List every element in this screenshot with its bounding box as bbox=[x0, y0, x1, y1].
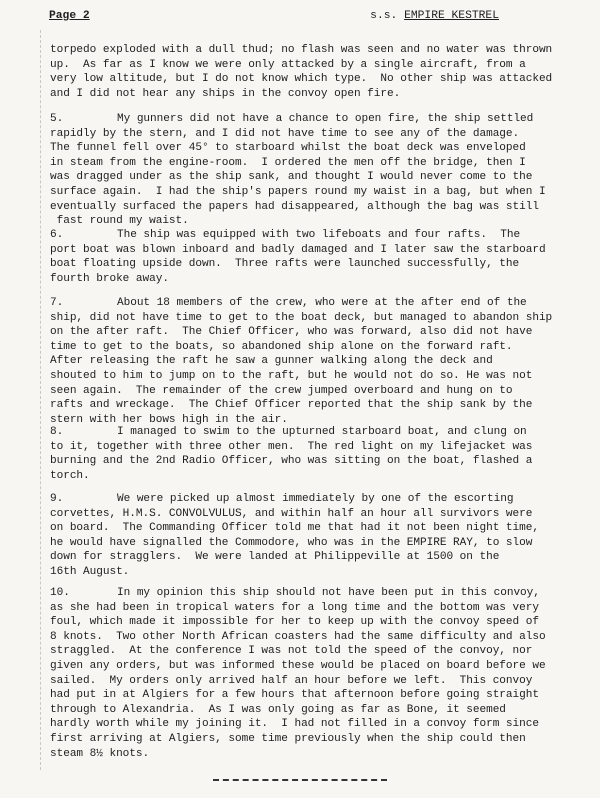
line-text: About 18 members of the crew, who were a… bbox=[117, 297, 527, 309]
text-line: 8 knots. Two other North African coaster… bbox=[50, 630, 560, 645]
line-text: The funnel fell over 45° to starboard wh… bbox=[50, 142, 526, 154]
text-line: had put in at Algiers for a few hours th… bbox=[50, 688, 560, 703]
page-header: Page 2 s.s. EMPIRE KESTREL bbox=[49, 10, 499, 26]
text-line: in steam from the engine-room. I ordered… bbox=[50, 156, 560, 171]
line-text: very low altitude, but I do not know whi… bbox=[50, 73, 552, 85]
line-text: torpedo exploded with a dull thud; no fl… bbox=[50, 44, 552, 56]
text-line: on board. The Commanding Officer told me… bbox=[50, 521, 560, 536]
paragraph-7: 7.About 18 members of the crew, who were… bbox=[50, 296, 560, 427]
line-text: seen again. The remainder of the crew ju… bbox=[50, 385, 513, 397]
text-line: up. As far as I know we were only attack… bbox=[50, 58, 560, 73]
text-line: ship, did not have time to get to the bo… bbox=[50, 311, 560, 326]
text-line: rapidly by the stern, and I did not have… bbox=[50, 127, 560, 142]
line-text: hardly worth while my joining it. I had … bbox=[50, 718, 539, 730]
text-line: burning and the 2nd Radio Officer, who w… bbox=[50, 454, 560, 469]
text-line: surface again. I had the ship's papers r… bbox=[50, 185, 560, 200]
text-line: 7.About 18 members of the crew, who were… bbox=[50, 296, 560, 311]
text-line: to it, together with three other men. Th… bbox=[50, 440, 560, 455]
text-line: 5.My gunners did not have a chance to op… bbox=[50, 112, 560, 127]
ship-title: s.s. EMPIRE KESTREL bbox=[370, 10, 499, 22]
paragraph-8: 8.I managed to swim to the upturned star… bbox=[50, 425, 560, 483]
line-text: straggled. At the conference I was not t… bbox=[50, 645, 532, 657]
line-text: to it, together with three other men. Th… bbox=[50, 441, 532, 453]
line-text: 16th August. bbox=[50, 566, 129, 578]
line-text: surface again. I had the ship's papers r… bbox=[50, 186, 546, 198]
text-line: down for stragglers. We were landed at P… bbox=[50, 550, 560, 565]
text-line: hardly worth while my joining it. I had … bbox=[50, 717, 560, 732]
line-text: corvettes, H.M.S. CONVOLVULUS, and withi… bbox=[50, 508, 532, 520]
line-text: as she had been in tropical waters for a… bbox=[50, 602, 539, 614]
line-text: time to get to the boats, so abandoned s… bbox=[50, 341, 513, 353]
line-text: sailed. My orders only arrived half an h… bbox=[50, 675, 532, 687]
line-text: port boat was blown inboard and badly da… bbox=[50, 244, 546, 256]
line-text: fast round my waist. bbox=[50, 215, 189, 227]
line-text: on the after raft. The Chief Officer, wh… bbox=[50, 326, 532, 338]
text-line: was dragged under as the ship sank, and … bbox=[50, 170, 560, 185]
text-line: first arriving at Algiers, some time pre… bbox=[50, 732, 560, 747]
text-line: and I did not hear any ships in the conv… bbox=[50, 87, 560, 102]
paragraph-number: 10. bbox=[50, 586, 117, 601]
ship-name: EMPIRE KESTREL bbox=[404, 10, 499, 22]
paragraph-number: 5. bbox=[50, 112, 117, 127]
line-text: After releasing the raft he saw a gunner… bbox=[50, 355, 493, 367]
text-line: After releasing the raft he saw a gunner… bbox=[50, 354, 560, 369]
text-line: straggled. At the conference I was not t… bbox=[50, 644, 560, 659]
text-line: fourth broke away. bbox=[50, 272, 560, 287]
margin-line bbox=[40, 30, 41, 770]
line-text: was dragged under as the ship sank, and … bbox=[50, 171, 532, 183]
paragraph-6: 6.The ship was equipped with two lifeboa… bbox=[50, 228, 560, 286]
line-text: through to Alexandria. As I was only goi… bbox=[50, 704, 506, 716]
text-line: foul, which made it impossible for her t… bbox=[50, 615, 560, 630]
document-page: Page 2 s.s. EMPIRE KESTREL torpedo explo… bbox=[0, 0, 600, 798]
text-line: boat floating upside down. Three rafts w… bbox=[50, 257, 560, 272]
text-line: 6.The ship was equipped with two lifeboa… bbox=[50, 228, 560, 243]
text-line: corvettes, H.M.S. CONVOLVULUS, and withi… bbox=[50, 507, 560, 522]
line-text: torch. bbox=[50, 470, 90, 482]
line-text: 8 knots. Two other North African coaster… bbox=[50, 631, 546, 643]
page-number: Page 2 bbox=[49, 10, 90, 22]
text-line: on the after raft. The Chief Officer, wh… bbox=[50, 325, 560, 340]
text-line: The funnel fell over 45° to starboard wh… bbox=[50, 141, 560, 156]
text-line: he would have signalled the Commodore, w… bbox=[50, 536, 560, 551]
line-text: he would have signalled the Commodore, w… bbox=[50, 537, 532, 549]
line-text: eventually surfaced the papers had disap… bbox=[50, 201, 539, 213]
line-text: In my opinion this ship should not have … bbox=[117, 587, 540, 599]
line-text: rafts and wreckage. The Chief Officer re… bbox=[50, 399, 532, 411]
paragraph-9: 9.We were picked up almost immediately b… bbox=[50, 492, 560, 580]
line-text: We were picked up almost immediately by … bbox=[117, 493, 513, 505]
text-line: sailed. My orders only arrived half an h… bbox=[50, 674, 560, 689]
line-text: foul, which made it impossible for her t… bbox=[50, 616, 539, 628]
paragraph-number: 6. bbox=[50, 228, 117, 243]
text-line: as she had been in tropical waters for a… bbox=[50, 601, 560, 616]
text-line: very low altitude, but I do not know whi… bbox=[50, 72, 560, 87]
text-line: given any orders, but was informed these… bbox=[50, 659, 560, 674]
line-text: burning and the 2nd Radio Officer, who w… bbox=[50, 455, 532, 467]
line-text: ship, did not have time to get to the bo… bbox=[50, 312, 552, 324]
line-text: fourth broke away. bbox=[50, 273, 169, 285]
paragraph-number: 9. bbox=[50, 492, 117, 507]
text-line: torpedo exploded with a dull thud; no fl… bbox=[50, 43, 560, 58]
line-text: My gunners did not have a chance to open… bbox=[117, 113, 533, 125]
text-line: 9.We were picked up almost immediately b… bbox=[50, 492, 560, 507]
line-text: and I did not hear any ships in the conv… bbox=[50, 88, 400, 100]
paragraph-10: 10.In my opinion this ship should not ha… bbox=[50, 586, 560, 761]
line-text: given any orders, but was informed these… bbox=[50, 660, 546, 672]
text-line: eventually surfaced the papers had disap… bbox=[50, 200, 560, 215]
paragraph-number: 7. bbox=[50, 296, 117, 311]
text-line: steam 8½ knots. bbox=[50, 747, 560, 762]
line-text: in steam from the engine-room. I ordered… bbox=[50, 157, 526, 169]
line-text: steam 8½ knots. bbox=[50, 748, 149, 760]
ship-prefix: s.s. bbox=[370, 10, 404, 22]
line-text: The ship was equipped with two lifeboats… bbox=[117, 229, 520, 241]
text-line: port boat was blown inboard and badly da… bbox=[50, 243, 560, 258]
text-line: fast round my waist. bbox=[50, 214, 560, 229]
line-text: boat floating upside down. Three rafts w… bbox=[50, 258, 519, 270]
text-line: 8.I managed to swim to the upturned star… bbox=[50, 425, 560, 440]
line-text: down for stragglers. We were landed at P… bbox=[50, 551, 499, 563]
text-line: 10.In my opinion this ship should not ha… bbox=[50, 586, 560, 601]
line-text: rapidly by the stern, and I did not have… bbox=[50, 128, 519, 140]
line-text: stern with her bows high in the air. bbox=[50, 414, 288, 426]
text-line: rafts and wreckage. The Chief Officer re… bbox=[50, 398, 560, 413]
paragraph-number: 8. bbox=[50, 425, 117, 440]
text-line: time to get to the boats, so abandoned s… bbox=[50, 340, 560, 355]
text-line: shouted to him to jump on to the raft, b… bbox=[50, 369, 560, 384]
line-text: up. As far as I know we were only attack… bbox=[50, 59, 526, 71]
paragraph-5: 5.My gunners did not have a chance to op… bbox=[50, 112, 560, 229]
line-text: I managed to swim to the upturned starbo… bbox=[117, 426, 527, 438]
line-text: first arriving at Algiers, some time pre… bbox=[50, 733, 526, 745]
line-text: had put in at Algiers for a few hours th… bbox=[50, 689, 539, 701]
paragraph-continuation: torpedo exploded with a dull thud; no fl… bbox=[50, 43, 560, 101]
text-line: torch. bbox=[50, 469, 560, 484]
text-line: seen again. The remainder of the crew ju… bbox=[50, 384, 560, 399]
text-line: through to Alexandria. As I was only goi… bbox=[50, 703, 560, 718]
line-text: shouted to him to jump on to the raft, b… bbox=[50, 370, 532, 382]
text-line: 16th August. bbox=[50, 565, 560, 580]
line-text: on board. The Commanding Officer told me… bbox=[50, 522, 539, 534]
end-rule bbox=[213, 779, 387, 781]
